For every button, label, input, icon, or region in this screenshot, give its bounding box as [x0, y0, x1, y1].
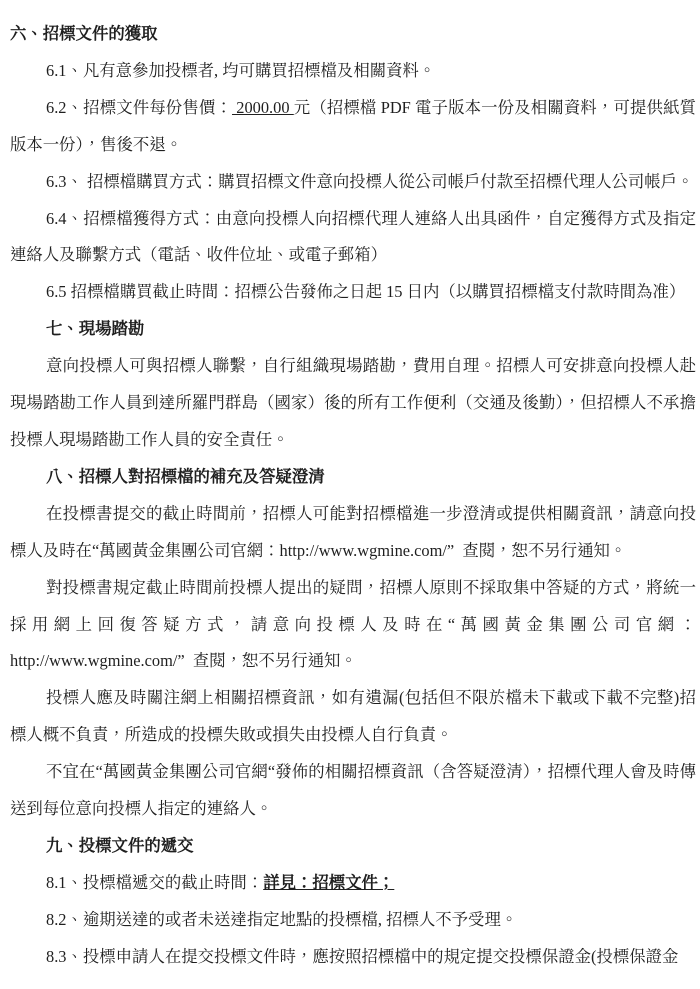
- website-url: http://www.wgmine.com/: [10, 651, 177, 670]
- section-6-heading: 六、招標文件的獲取: [10, 16, 696, 53]
- text-run: 6.4、招標檔獲得方式：由意向投標人向招標代理人連絡人出具函件，自定獲得方式及指…: [10, 209, 696, 265]
- clause-6-4: 6.4、招標檔獲得方式：由意向投標人向招標代理人連絡人出具函件，自定獲得方式及指…: [10, 201, 696, 275]
- clarification-paragraph-3: 投標人應及時關注網上相關招標資訊，如有遺漏(包括但不限於檔未下載或下載不完整)招…: [10, 680, 696, 754]
- text-run: 意向投標人可與招標人聯繫，自行組織現場踏勘，費用自理。招標人可安排意向投標人赴現…: [10, 356, 696, 449]
- section-7-heading: 七、現場踏勘: [10, 311, 696, 348]
- section-7-site-visit: 七、現場踏勘 意向投標人可與招標人聯繫，自行組織現場踏勘，費用自理。招標人可安排…: [10, 311, 696, 459]
- deadline-reference: 詳見：招標文件；: [263, 873, 394, 892]
- section-8-heading: 八、招標人對招標檔的補充及答疑澄清: [10, 459, 696, 496]
- text-run: 不宜在“萬國黃金集團公司官網“發佈的相關招標資訊（含答疑澄清），招標代理人會及時…: [10, 762, 696, 818]
- text-run: 8.1、投標檔遞交的截止時間：: [46, 873, 263, 892]
- section-9-bid-submission: 九、投標文件的遞交 8.1、投標檔遞交的截止時間：詳見：招標文件； 8.2、逾期…: [10, 828, 696, 976]
- text-run: ” 查閱，恕不另行通知。: [447, 541, 626, 560]
- text-run: 投標人應及時關注網上相關招標資訊，如有遺漏(包括但不限於檔未下載或下載不完整)招…: [10, 688, 696, 744]
- text-run: 8.3、投標申請人在提交投標文件時，應按照招標檔中的規定提交投標保證金(投標保證…: [46, 947, 678, 966]
- clause-8-3: 8.3、投標申請人在提交投標文件時，應按照招標檔中的規定提交投標保證金(投標保證…: [10, 939, 696, 976]
- clarification-paragraph-4: 不宜在“萬國黃金集團公司官網“發佈的相關招標資訊（含答疑澄清），招標代理人會及時…: [10, 754, 696, 828]
- clause-6-2: 6.2、招標文件每份售價： 2000.00 元（招標檔 PDF 電子版本一份及相…: [10, 90, 696, 164]
- clause-8-1: 8.1、投標檔遞交的截止時間：詳見：招標文件；: [10, 865, 696, 902]
- section-8-clarification: 八、招標人對招標檔的補充及答疑澄清 在投標書提交的截止時間前，招標人可能對招標檔…: [10, 459, 696, 828]
- text-run: 8.2、逾期送達的或者未送達指定地點的投標檔, 招標人不予受理。: [46, 910, 517, 929]
- clarification-paragraph-2: 對投標書規定截止時間前投標人提出的疑問，招標人原則不採取集中答疑的方式，將統一採…: [10, 570, 696, 681]
- text-run: 6.5 招標檔購買截止時間：招標公告發佈之日起 15 日内（以購買招標檔支付款時…: [46, 282, 685, 301]
- section-9-heading: 九、投標文件的遞交: [10, 828, 696, 865]
- section-6-document-acquisition: 六、招標文件的獲取 6.1、凡有意參加投標者, 均可購買招標檔及相關資料。 6.…: [10, 16, 696, 311]
- website-url: http://www.wgmine.com/: [280, 541, 447, 560]
- text-run: 6.3、 招標檔購買方式：購買招標文件意向投標人從公司帳戶付款至招標代理人公司帳…: [46, 172, 693, 191]
- text-run: 6.2、招標文件每份售價：: [46, 98, 232, 117]
- text-run: 6.1、凡有意參加投標者, 均可購買招標檔及相關資料。: [46, 61, 435, 80]
- text-run: ” 查閱，恕不另行通知。: [177, 651, 356, 670]
- text-run: 對投標書規定截止時間前投標人提出的疑問，招標人原則不採取集中答疑的方式，將統一採…: [10, 578, 696, 634]
- document-page: 六、招標文件的獲取 6.1、凡有意參加投標者, 均可購買招標檔及相關資料。 6.…: [0, 0, 700, 989]
- price-value: 2000.00: [232, 98, 294, 117]
- clause-8-2: 8.2、逾期送達的或者未送達指定地點的投標檔, 招標人不予受理。: [10, 902, 696, 939]
- site-visit-paragraph: 意向投標人可與招標人聯繫，自行組織現場踏勘，費用自理。招標人可安排意向投標人赴現…: [10, 348, 696, 459]
- clause-6-1: 6.1、凡有意參加投標者, 均可購買招標檔及相關資料。: [10, 53, 696, 90]
- clause-6-3: 6.3、 招標檔購買方式：購買招標文件意向投標人從公司帳戶付款至招標代理人公司帳…: [10, 164, 696, 201]
- clause-6-5: 6.5 招標檔購買截止時間：招標公告發佈之日起 15 日内（以購買招標檔支付款時…: [10, 274, 696, 311]
- clarification-paragraph-1: 在投標書提交的截止時間前，招標人可能對招標檔進一步澄清或提供相關資訊，請意向投標…: [10, 496, 696, 570]
